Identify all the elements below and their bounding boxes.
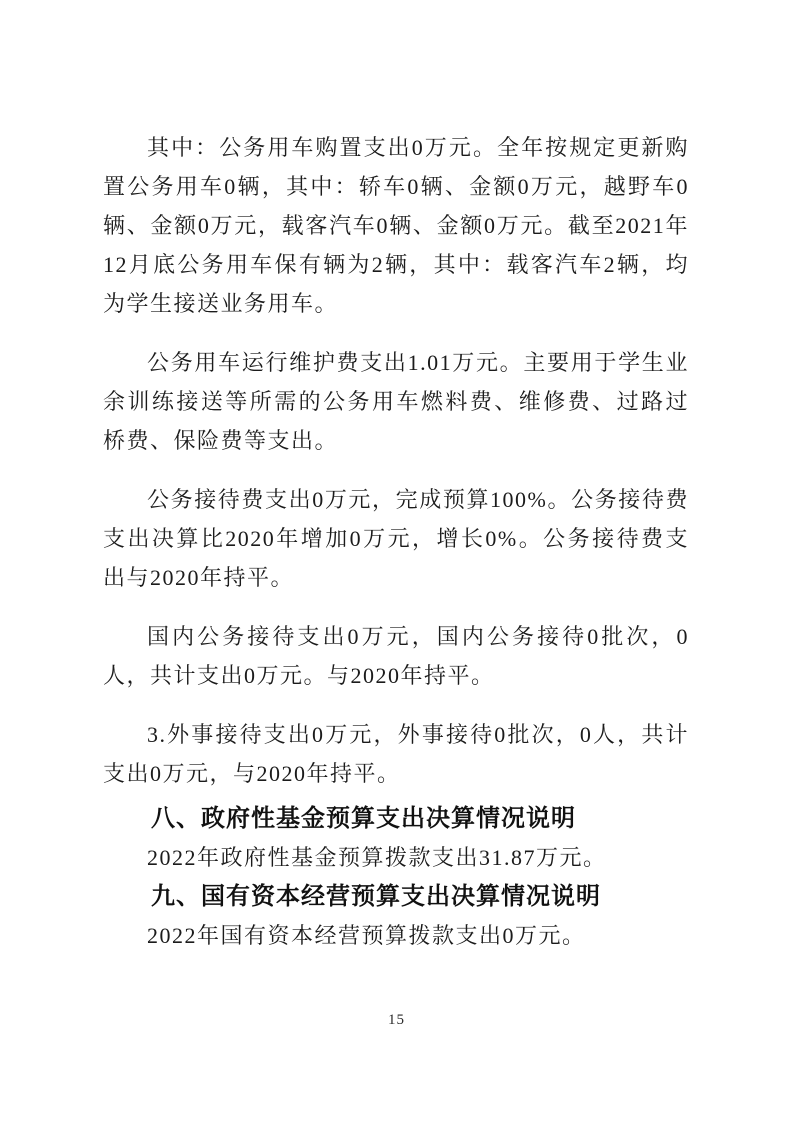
section-heading-state-capital: 九、国有资本经营预算支出决算情况说明	[103, 877, 689, 916]
section-text-state-capital: 2022年国有资本经营预算拨款支出0万元。	[103, 916, 689, 955]
document-content: 其中：公务用车购置支出0万元。全年按规定更新购置公务用车0辆，其中：轿车0辆、金…	[103, 128, 689, 955]
paragraph-vehicle-purchase: 其中：公务用车购置支出0万元。全年按规定更新购置公务用车0辆，其中：轿车0辆、金…	[103, 128, 689, 323]
page-number: 15	[0, 1012, 793, 1029]
paragraph-domestic-reception: 国内公务接待支出0万元，国内公务接待0批次，0人，共计支出0万元。与2020年持…	[103, 617, 689, 695]
paragraph-vehicle-maintenance: 公务用车运行维护费支出1.01万元。主要用于学生业余训练接送等所需的公务用车燃料…	[103, 343, 689, 460]
document-page: 其中：公务用车购置支出0万元。全年按规定更新购置公务用车0辆，其中：轿车0辆、金…	[0, 0, 793, 1122]
section-text-government-fund: 2022年政府性基金预算拨款支出31.87万元。	[103, 838, 689, 877]
paragraph-foreign-reception: 3.外事接待支出0万元，外事接待0批次，0人，共计支出0万元，与2020年持平。	[103, 715, 689, 793]
section-heading-government-fund: 八、政府性基金预算支出决算情况说明	[103, 799, 689, 838]
paragraph-official-reception: 公务接待费支出0万元，完成预算100%。公务接待费支出决算比2020年增加0万元…	[103, 480, 689, 597]
